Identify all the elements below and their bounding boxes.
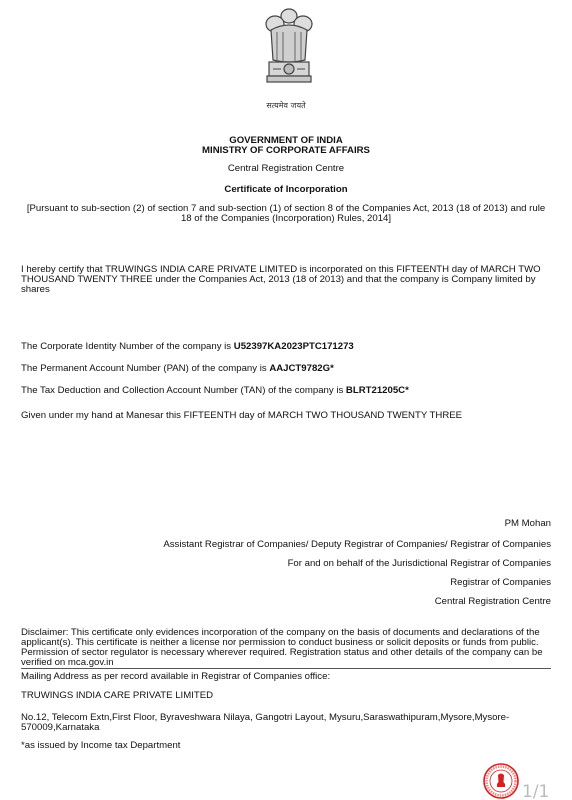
mailing-company-name: TRUWINGS INDIA CARE PRIVATE LIMITED: [21, 690, 551, 701]
pan-row: The Permanent Account Number (PAN) of th…: [21, 363, 551, 374]
office-name: Central Registration Centre: [0, 163, 572, 174]
footnote: *as issued by Income tax Department: [21, 740, 551, 751]
cin-value: U52397KA2023PTC171273: [234, 341, 354, 352]
signatory-behalf: For and on behalf of the Jurisdictional …: [288, 558, 551, 569]
mailing-label: Mailing Address as per record available …: [21, 671, 551, 682]
signatory-centre: Central Registration Centre: [435, 596, 551, 607]
disclaimer-line-4: verified on mca.gov.in: [21, 657, 551, 668]
tan-value: BLRT21205C*: [346, 385, 409, 396]
cin-label: The Corporate Identity Number of the com…: [21, 341, 234, 352]
tan-label: The Tax Deduction and Collection Account…: [21, 385, 346, 396]
pan-value: AAJCT9782G*: [269, 363, 334, 374]
ministry-heading: MINISTRY OF CORPORATE AFFAIRS: [0, 145, 572, 156]
divider: [21, 668, 551, 669]
pan-label: The Permanent Account Number (PAN) of th…: [21, 363, 269, 374]
national-emblem-icon: [261, 2, 317, 110]
given-line: Given under my hand at Manesar this FIFT…: [21, 410, 551, 421]
signatory-designation: Assistant Registrar of Companies/ Deputy…: [163, 539, 551, 550]
mca-seal-icon: [482, 762, 520, 800]
page-indicator: 1/1: [522, 782, 549, 800]
certificate-title: Certificate of Incorporation: [0, 184, 572, 195]
certify-line-3: shares: [21, 284, 551, 295]
motto-text: सत्यमेव जयते: [0, 100, 572, 111]
cin-row: The Corporate Identity Number of the com…: [21, 341, 551, 352]
address-line-2: 570009,Karnataka: [21, 722, 551, 733]
pursuant-line-2: 18 of the Companies (Incorporation) Rule…: [0, 213, 572, 224]
signatory-registrar: Registrar of Companies: [450, 577, 551, 588]
tan-row: The Tax Deduction and Collection Account…: [21, 385, 551, 396]
signatory-name: PM Mohan: [505, 518, 551, 529]
